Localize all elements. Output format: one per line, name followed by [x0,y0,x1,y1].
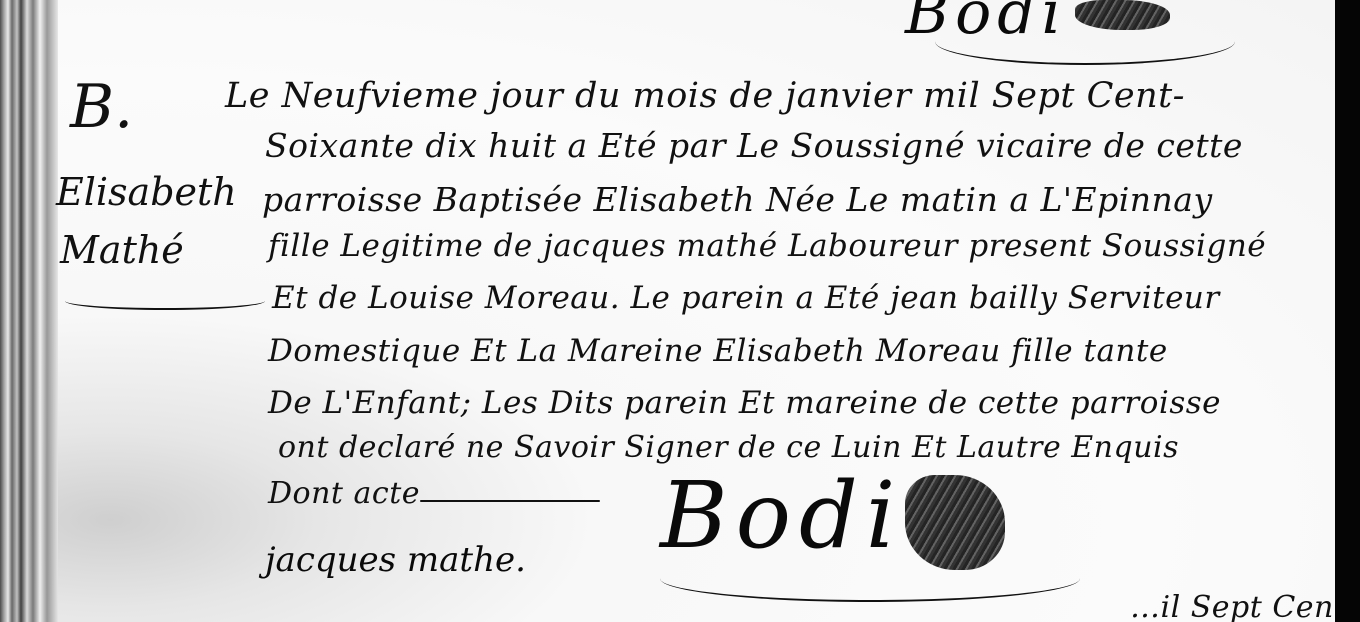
body-line-7: De L'Enfant; Les Dits parein Et mareine … [268,385,1221,421]
bottom-fragment: …il Sept Cen- [1130,590,1335,622]
body-line-8: ont declaré ne Savoir Signer de ce Luin … [278,430,1179,465]
signature-flourish-top [935,18,1235,65]
body-line-9: Dont acte [268,476,420,511]
margin-given-name: Elisabeth [56,170,237,214]
body-line-5: Et de Louise Moreau. Le parein a Eté jea… [272,280,1220,316]
body-line-3: parroisse Baptisée Elisabeth Née Le mati… [262,180,1213,219]
body-line-1: Le Neufvieme jour du mois de janvier mil… [225,76,1185,116]
scan-border-right [1335,0,1360,622]
vicar-signature-flourish [660,555,1080,602]
margin-flourish [65,292,265,310]
vicar-signature: Bodi [660,462,903,569]
margin-surname: Mathé [60,228,184,272]
closing-dash [420,500,600,502]
body-line-2: Soixante dix huit a Eté par Le Soussigné… [265,126,1243,165]
margin-entry-letter: B. [70,72,133,142]
document-page: Bodi B. Elisabeth Mathé Le Neufvieme jou… [0,0,1335,622]
body-line-6: Domestique Et La Mareine Elisabeth Morea… [268,333,1168,369]
body-line-4: fille Legitime de jacques mathé Laboureu… [268,228,1266,264]
binding-edge [0,0,58,622]
father-signature: jacques mathe. [265,540,526,580]
